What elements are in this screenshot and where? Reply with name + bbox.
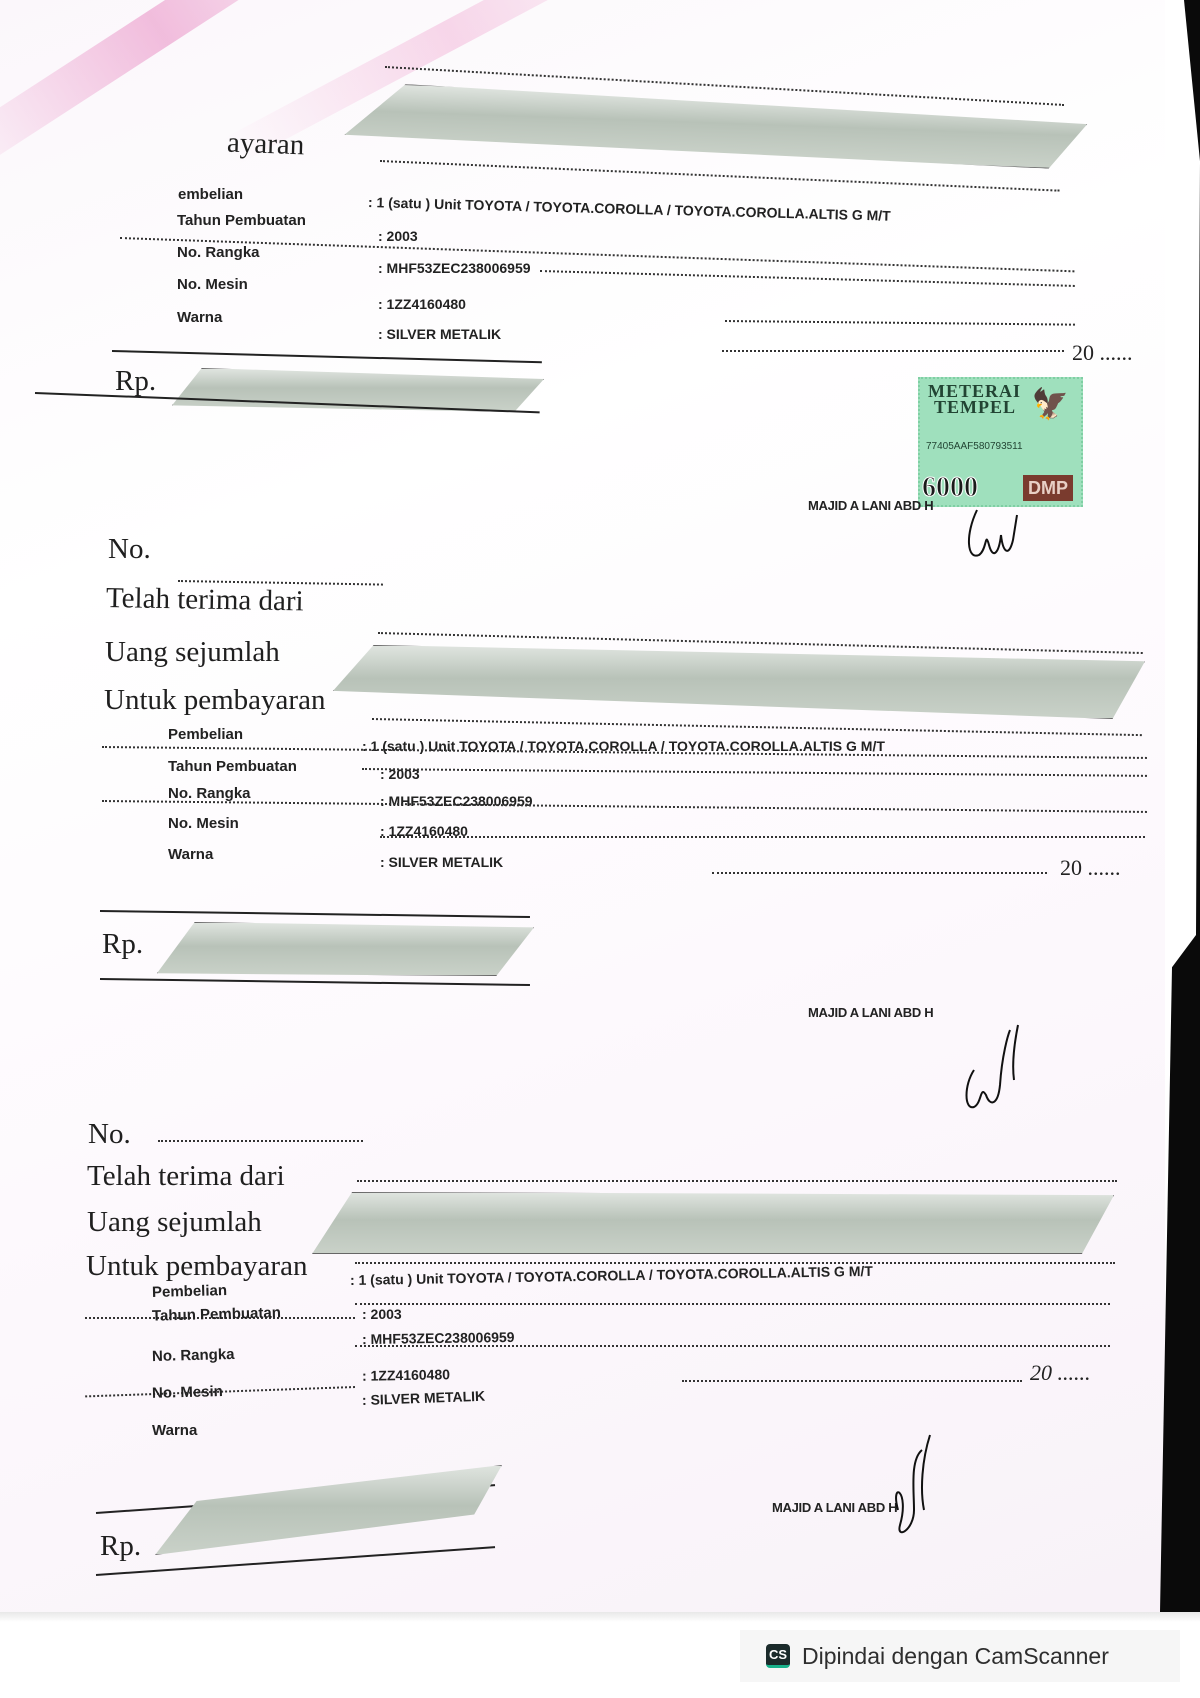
row-value: : 1ZZ4160480 [378,296,466,312]
row-value: : SILVER METALIK [380,854,503,870]
signatory-name: MAJID A LANI ABD H [808,498,933,513]
row-label: No. Mesin [168,815,239,832]
row-label: Warna [177,309,222,326]
currency-label: Rp. [100,1530,141,1563]
row-value: : 1ZZ4160480 [362,1366,450,1384]
signature [870,1430,950,1540]
label-for-payment: Untuk pembayaran [86,1250,307,1283]
label-no: No. [88,1118,131,1151]
row-label: Warna [152,1422,197,1439]
row-label: No. Rangka [168,785,251,802]
row-label: Tahun Pembuatan [177,212,306,229]
receipt-number-field [158,1140,363,1142]
row-label: Pembelian [168,726,243,743]
stamp-title: METERAITEMPEL [928,383,1021,415]
currency-label: Rp. [102,928,143,961]
stamp-serial: 77405AAF580793511 [926,441,1023,452]
signature [960,1025,1030,1115]
scan-background-edge [1160,0,1200,1612]
row-label: Tahun Pembuatan [152,1304,281,1324]
row-label: embelian [178,186,243,203]
date-field [682,1380,1022,1382]
dotted-line [380,836,1145,838]
label-received-from: Telah terima dari [106,582,304,618]
signatory-name: MAJID A LANI ABD H [808,1005,933,1020]
dotted-line [355,1345,1110,1347]
date-year: 20 ...... [1030,1360,1091,1386]
date-year: 20 ...... [1072,340,1133,366]
garuda-emblem-icon: 🦅 [1032,387,1069,422]
date-year: 20 ...... [1060,855,1121,881]
revenue-stamp: METERAITEMPEL 🦅 77405AAF580793511 6000 D… [918,377,1083,507]
row-label: No. Rangka [152,1346,235,1365]
row-label: No. Mesin [177,276,248,293]
dotted-line [722,350,1064,352]
row-label: Pembelian [152,1282,227,1301]
label-amount: Uang sejumlah [105,636,280,669]
row-value: : 2003 [362,1306,402,1322]
row-value: : SILVER METALIK [378,326,501,342]
camscanner-watermark: CS Dipindai dengan CamScanner [740,1630,1180,1682]
stamp-mark: DMP [1023,475,1073,501]
row-value: : MHF53ZEC238006959 [378,260,531,276]
camscanner-icon: CS [766,1644,790,1668]
watermark-text: Dipindai dengan CamScanner [802,1643,1109,1670]
scan-bottom-edge [0,1612,1200,1622]
received-from-field [357,1180,1117,1182]
label-for-payment: Untuk pembayaran [104,684,325,717]
row-value: : 2003 [378,228,418,244]
row-value: : MHF53ZEC238006959 [380,793,533,809]
date-field [712,872,1047,874]
row-label: Warna [168,846,213,863]
dotted-line [355,1303,1110,1305]
currency-label: Rp. [115,365,156,398]
dotted-line [355,1262,1115,1264]
redacted-amount-words [312,1192,1114,1254]
row-label: No. Mesin [152,1383,223,1402]
label-no: No. [108,533,151,566]
label-amount: Uang sejumlah [87,1206,262,1239]
signature [965,505,1035,565]
row-label: Tahun Pembuatan [168,758,297,775]
label-received-from: Telah terima dari [87,1160,285,1193]
label-for-payment: ayaran [226,127,304,163]
redacted-amount [157,922,534,976]
row-label: No. Rangka [177,244,260,261]
